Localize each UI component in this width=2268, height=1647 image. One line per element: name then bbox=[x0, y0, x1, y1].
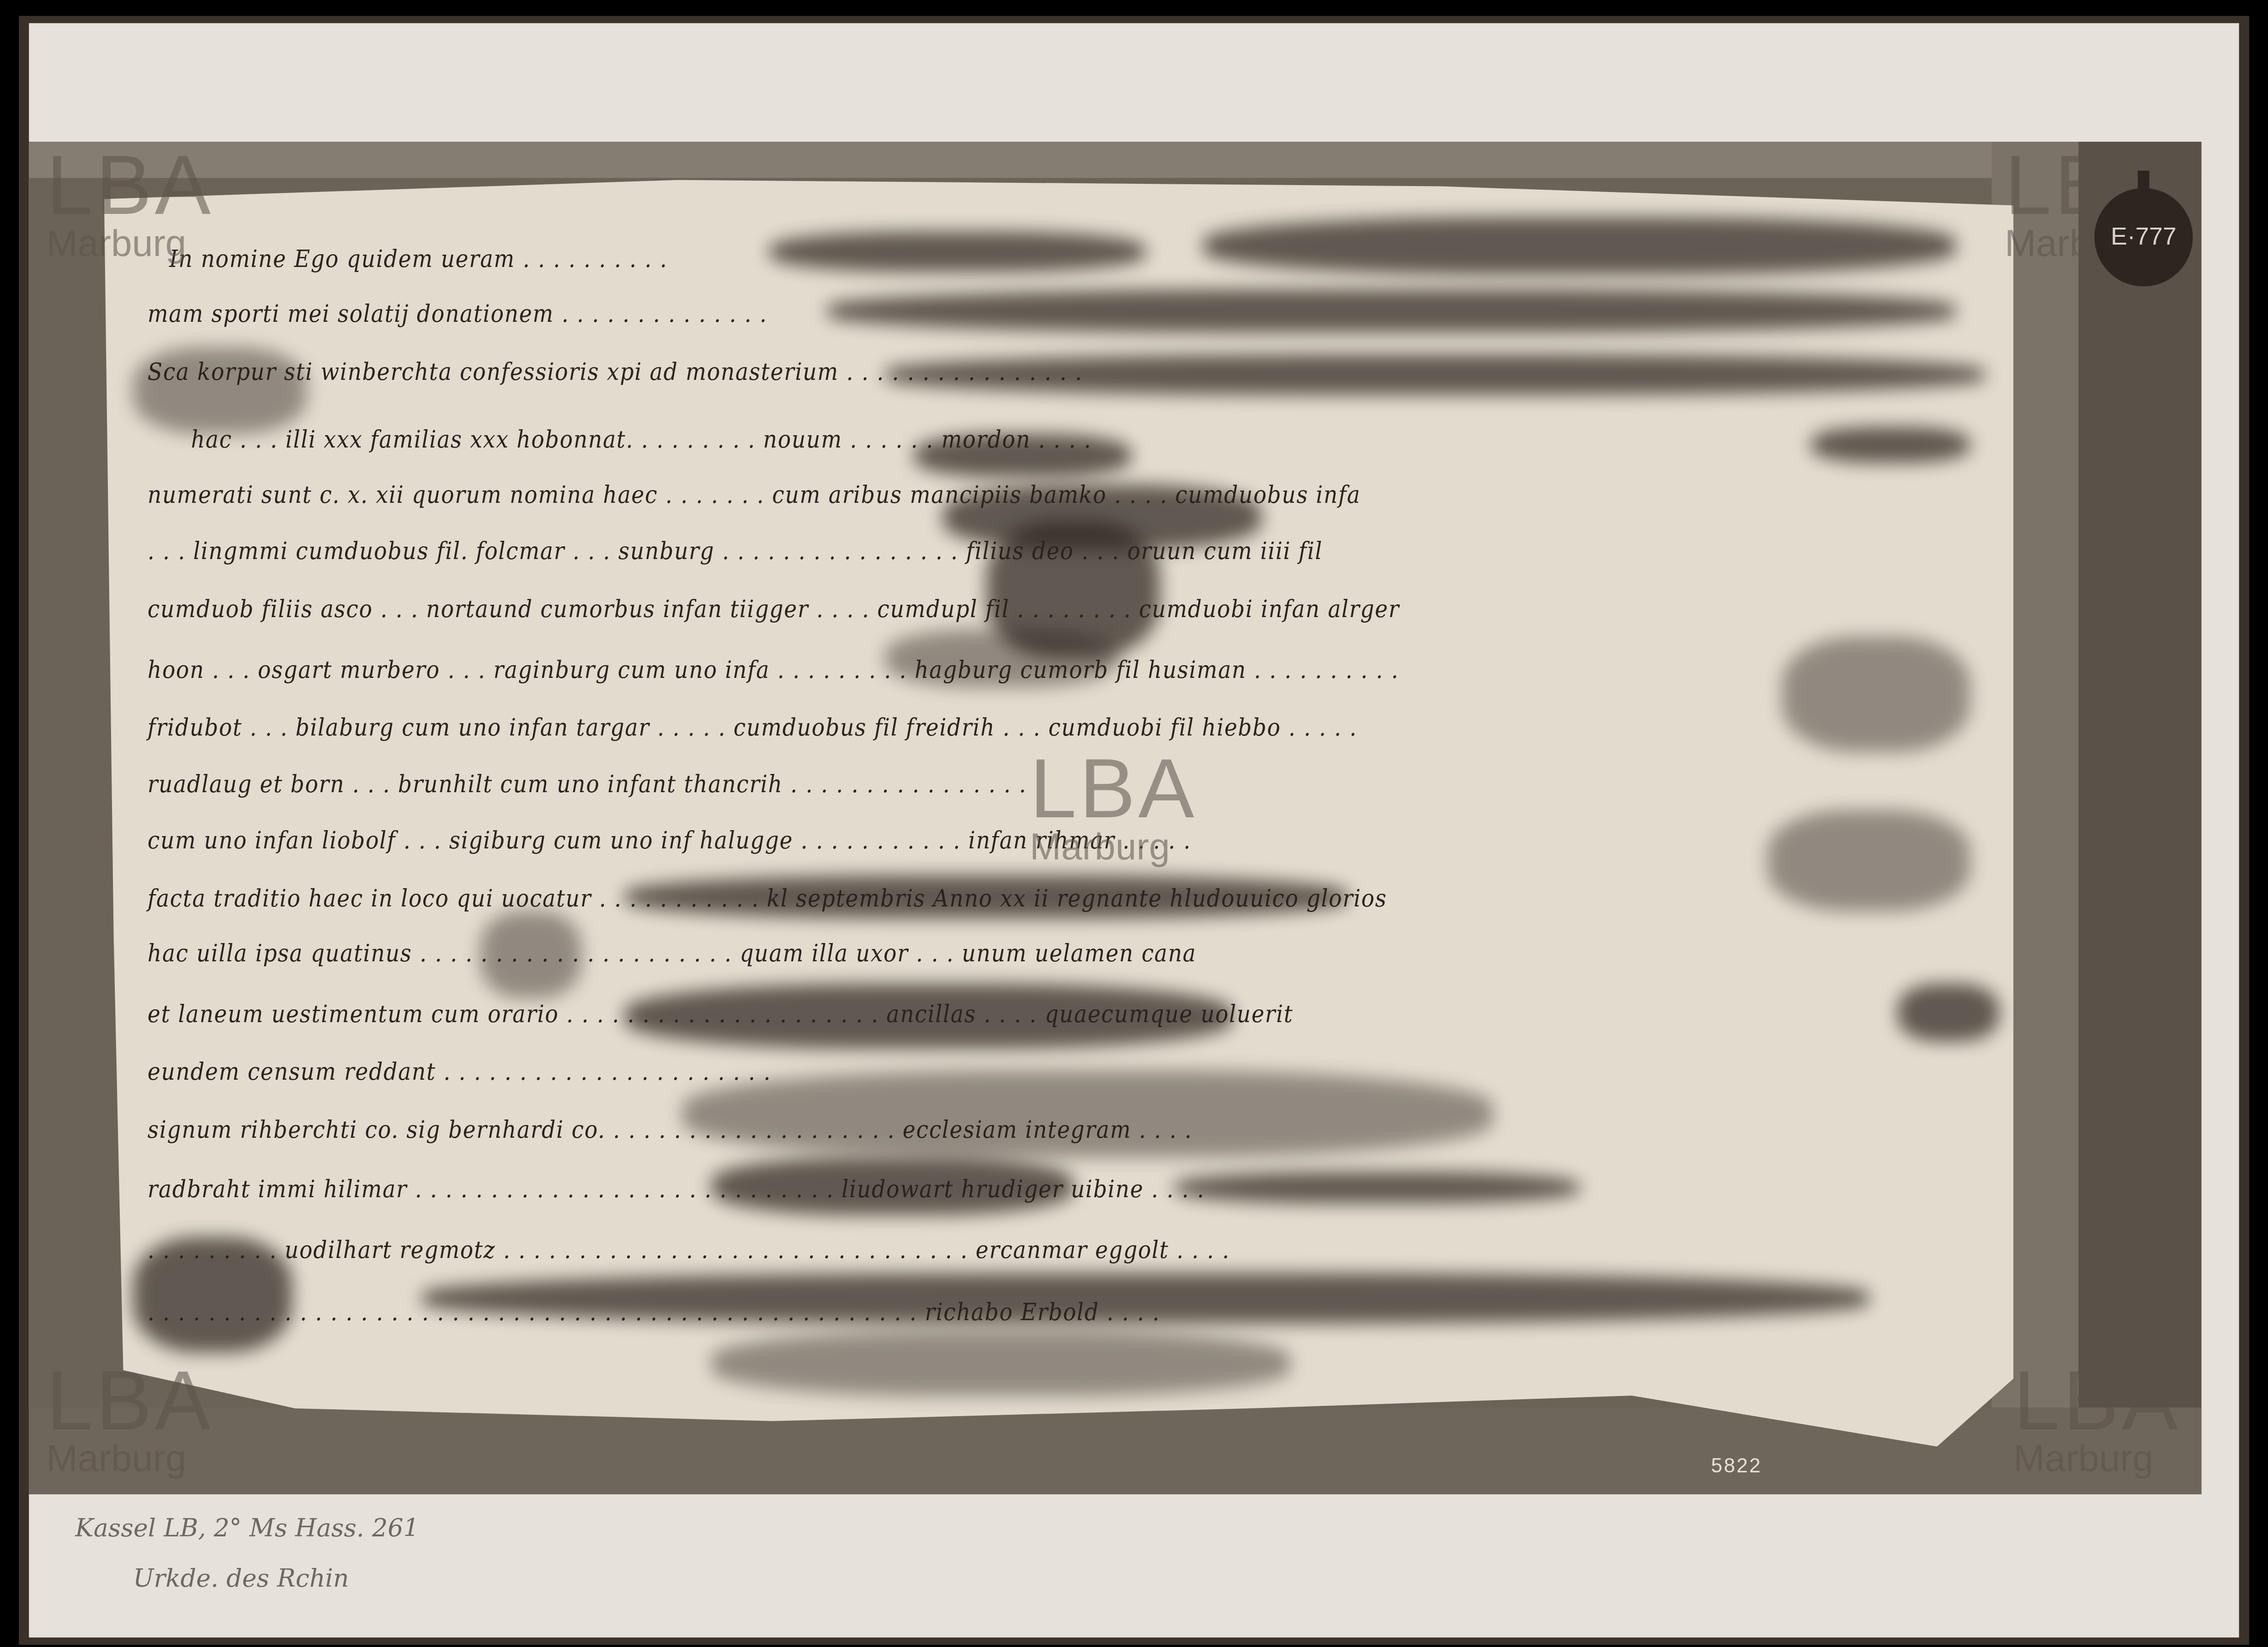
manuscript-line: et laneum uestimentum cum orario . . . .… bbox=[148, 1000, 1294, 1029]
stain bbox=[1898, 984, 1999, 1042]
manuscript-line: Sca korpur sti winberchta confessioris x… bbox=[148, 357, 1083, 386]
stain bbox=[1782, 636, 1970, 752]
manuscript-line: numerati sunt c. x. xii quorum nomina ha… bbox=[148, 480, 1361, 509]
handwritten-caption-line2: Urkde. des Rchin bbox=[133, 1565, 349, 1594]
manuscript-line: In nomine Ego quidem ueram . . . . . . .… bbox=[169, 245, 667, 273]
stain bbox=[1175, 1172, 1580, 1204]
stain bbox=[712, 1331, 1290, 1396]
manuscript-line: cumduob filiis asco . . . nortaund cumor… bbox=[148, 595, 1400, 624]
manuscript-line: ruadlaug et born . . . brunhilt cum uno … bbox=[148, 770, 1027, 799]
archive-tag: E·777 bbox=[2094, 188, 2193, 286]
photo-background-strip bbox=[2078, 142, 2201, 1494]
stain bbox=[1203, 217, 1956, 275]
handwritten-caption-line1: Kassel LB, 2° Ms Hass. 261 bbox=[75, 1514, 419, 1543]
manuscript-line: signum rihberchti co. sig bernhardi co. … bbox=[148, 1115, 1193, 1144]
manuscript-line: facta traditio haec in loco qui uocatur … bbox=[148, 884, 1387, 913]
manuscript-line: . . . . . . . . . . . . . . . . . . . . … bbox=[148, 1298, 1160, 1327]
plate-number: 5822 bbox=[1711, 1454, 1762, 1477]
stain bbox=[683, 1071, 1493, 1157]
manuscript-line: . . . . . . . . . uodilhart regmotz . . … bbox=[148, 1236, 1230, 1264]
manuscript-line: . . . lingmmi cumduobus fil. folcmar . .… bbox=[148, 537, 1323, 565]
parchment-sheet: In nomine Ego quidem ueram . . . . . . .… bbox=[104, 174, 2013, 1447]
manuscript-line: hac . . . illi xxx familias xxx hobonnat… bbox=[191, 426, 1091, 454]
stain bbox=[827, 289, 1955, 333]
manuscript-line: fridubot . . . bilaburg cum uno infan ta… bbox=[148, 713, 1357, 742]
stain bbox=[770, 231, 1146, 272]
manuscript-line: hoon . . . osgart murbero . . . raginbur… bbox=[148, 656, 1399, 684]
manuscript-line: radbraht immi hilimar . . . . . . . . . … bbox=[148, 1175, 1205, 1204]
manuscript-line: mam sporti mei solatij donationem . . . … bbox=[148, 299, 767, 328]
charter-photograph: In nomine Ego quidem ueram . . . . . . .… bbox=[29, 142, 2201, 1494]
stain bbox=[1768, 810, 1970, 911]
document-stage: In nomine Ego quidem ueram . . . . . . .… bbox=[0, 0, 2268, 1647]
watermark-center: LBA Marburg bbox=[1030, 752, 1197, 864]
archive-tag-label: E·777 bbox=[2111, 223, 2177, 251]
manuscript-line: hac uilla ipsa quatinus . . . . . . . . … bbox=[148, 939, 1197, 968]
watermark-bottom-left: LBA Marburg bbox=[46, 1364, 213, 1476]
watermark-bottom-right: LBA Marburg bbox=[2013, 1364, 2181, 1476]
manuscript-line: eundem censum reddant . . . . . . . . . … bbox=[148, 1058, 771, 1087]
stain bbox=[1811, 427, 1970, 463]
photo-background-strip bbox=[29, 142, 2201, 178]
watermark-top-left: LBA Marburg bbox=[46, 149, 213, 261]
